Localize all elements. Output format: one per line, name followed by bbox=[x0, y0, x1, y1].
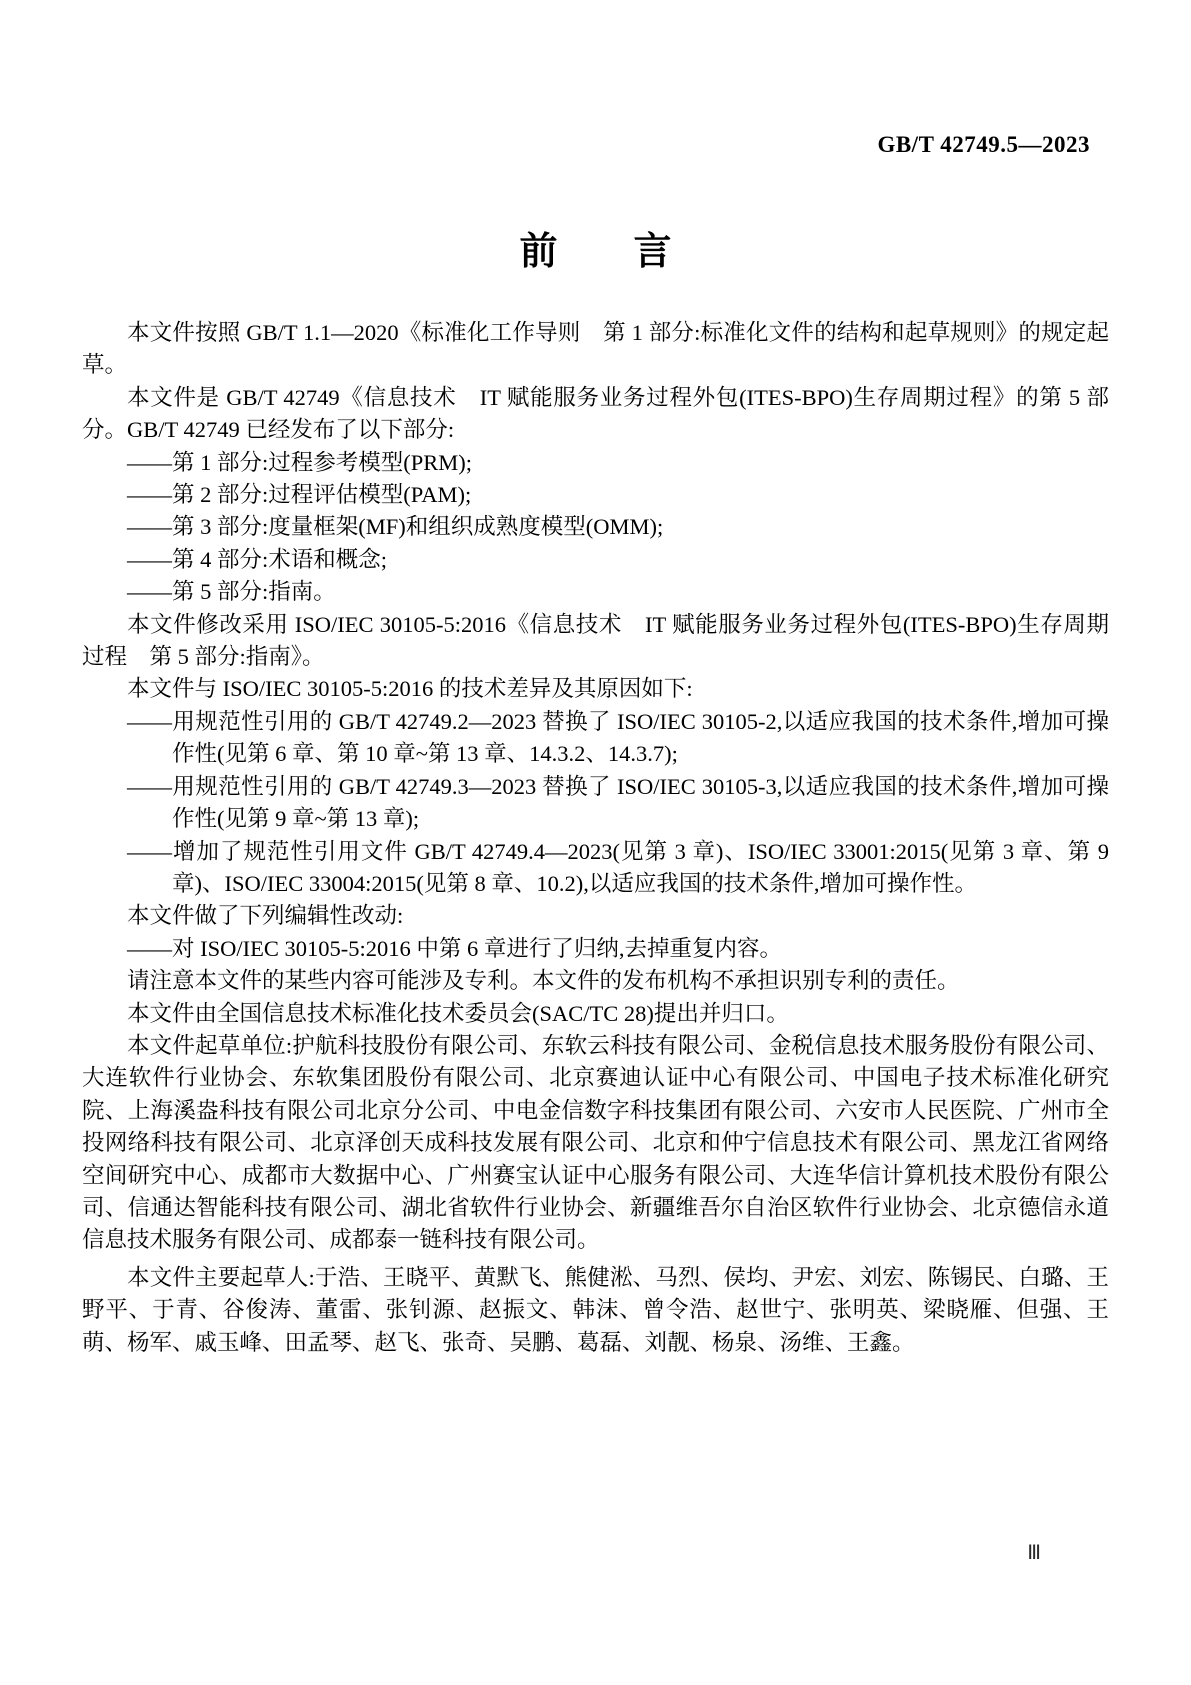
standard-number: GB/T 42749.5—2023 bbox=[877, 132, 1090, 158]
document-page: GB/T 42749.5—2023 前 言 本文件按照 GB/T 1.1—202… bbox=[0, 0, 1191, 1685]
foreword-paragraph: 本文件是 GB/T 42749《信息技术 IT 赋能服务业务过程外包(ITES-… bbox=[82, 382, 1109, 447]
foreword-dash-item: ——第 3 部分:度量框架(MF)和组织成熟度模型(OMM); bbox=[82, 511, 1109, 543]
page-number: Ⅲ bbox=[1027, 1540, 1041, 1565]
foreword-paragraph: 请注意本文件的某些内容可能涉及专利。本文件的发布机构不承担识别专利的责任。 bbox=[82, 965, 1109, 997]
page-title: 前 言 bbox=[0, 220, 1191, 275]
foreword-dash-item: ——第 5 部分:指南。 bbox=[82, 576, 1109, 608]
foreword-paragraph: 本文件修改采用 ISO/IEC 30105-5:2016《信息技术 IT 赋能服… bbox=[82, 609, 1109, 674]
foreword-paragraph: 本文件做了下列编辑性改动: bbox=[82, 900, 1109, 932]
foreword-dash-item: ——第 4 部分:术语和概念; bbox=[82, 544, 1109, 576]
foreword-dash-item: ——用规范性引用的 GB/T 42749.2—2023 替换了 ISO/IEC … bbox=[82, 706, 1109, 771]
foreword-paragraph: 本文件主要起草人:于浩、王晓平、黄默飞、熊健淞、马烈、侯均、尹宏、刘宏、陈锡民、… bbox=[82, 1262, 1109, 1359]
foreword-paragraph: 本文件与 ISO/IEC 30105-5:2016 的技术差异及其原因如下: bbox=[82, 673, 1109, 705]
foreword-paragraph: 本文件由全国信息技术标准化技术委员会(SAC/TC 28)提出并归口。 bbox=[82, 998, 1109, 1030]
foreword-dash-item: ——第 1 部分:过程参考模型(PRM); bbox=[82, 447, 1109, 479]
foreword-body: 本文件按照 GB/T 1.1—2020《标准化工作导则 第 1 部分:标准化文件… bbox=[82, 317, 1109, 1359]
foreword-paragraph: 本文件按照 GB/T 1.1—2020《标准化工作导则 第 1 部分:标准化文件… bbox=[82, 317, 1109, 382]
foreword-dash-item: ——对 ISO/IEC 30105-5:2016 中第 6 章进行了归纳,去掉重… bbox=[82, 933, 1109, 965]
foreword-dash-item: ——增加了规范性引用文件 GB/T 42749.4—2023(见第 3 章)、I… bbox=[82, 836, 1109, 901]
foreword-dash-item: ——用规范性引用的 GB/T 42749.3—2023 替换了 ISO/IEC … bbox=[82, 771, 1109, 836]
foreword-paragraph: 本文件起草单位:护航科技股份有限公司、东软云科技有限公司、金税信息技术服务股份有… bbox=[82, 1030, 1109, 1257]
foreword-dash-item: ——第 2 部分:过程评估模型(PAM); bbox=[82, 479, 1109, 511]
